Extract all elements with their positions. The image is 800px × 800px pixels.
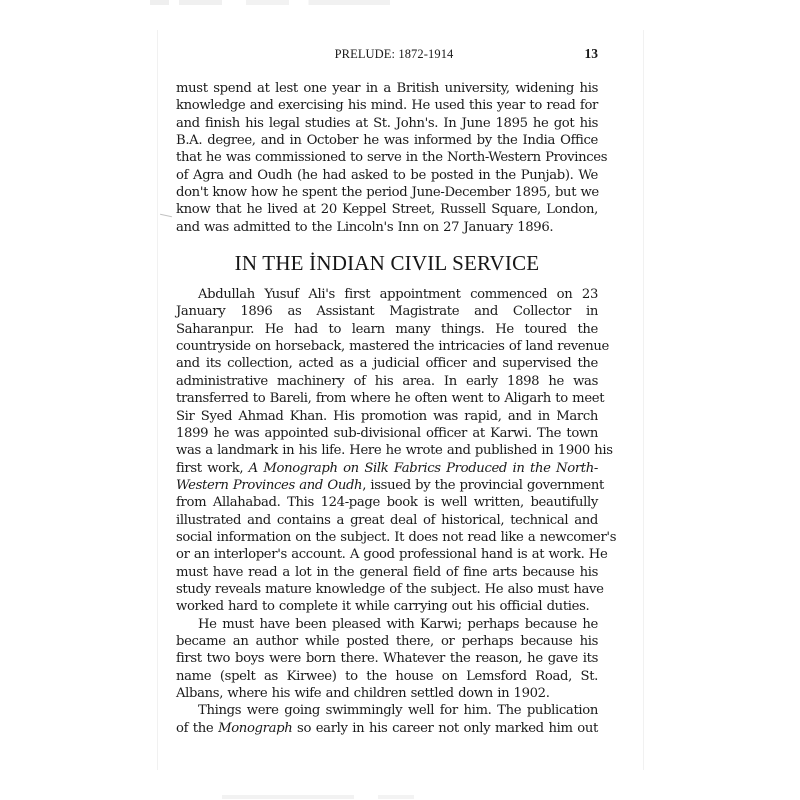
- text-line: first work, A Monograph on Silk Fabrics …: [176, 460, 598, 477]
- page-edge-left: [157, 30, 158, 770]
- text-run: first work,: [176, 461, 249, 476]
- text-run: Things were going swimmingly well for hi…: [198, 703, 598, 718]
- text-run: illustrated and contains a great deal of…: [176, 513, 598, 528]
- text-run: name (spelt as Kirwee) to the house on L…: [176, 669, 598, 684]
- paragraph: He must have been pleased with Karwi; pe…: [176, 616, 598, 703]
- text-run: don't know how he spent the period June-…: [176, 185, 599, 200]
- text-run: of Agra and Oudh (he had asked to be pos…: [176, 168, 598, 183]
- text-line: from Allahabad. This 124-page book is we…: [176, 494, 598, 511]
- text-line: know that he lived at 20 Keppel Street, …: [176, 201, 598, 218]
- text-line: name (spelt as Kirwee) to the house on L…: [176, 668, 598, 685]
- text-run: know that he lived at 20 Keppel Street, …: [176, 202, 598, 217]
- text-line: social information on the subject. It do…: [176, 529, 598, 546]
- text-line: Things were going swimmingly well for hi…: [176, 702, 598, 719]
- text-line: must spend at lest one year in a British…: [176, 80, 598, 97]
- text-line: was a landmark in his life. Here he wrot…: [176, 442, 598, 459]
- text-run: from Allahabad. This 124-page book is we…: [176, 495, 598, 510]
- text-run: countryside on horseback, mastered the i…: [176, 339, 609, 354]
- text-run: administrative machinery of his area. In…: [176, 374, 598, 389]
- text-line: worked hard to complete it while carryin…: [176, 598, 598, 615]
- text-run: that he was commissioned to serve in the…: [176, 150, 607, 165]
- text-line: and its collection, acted as a judicial …: [176, 355, 598, 372]
- text-run: and finish his legal studies at St. John…: [176, 116, 598, 131]
- text-run: Albans, where his wife and children sett…: [176, 686, 550, 701]
- scan-artifact-bottom: [222, 795, 462, 799]
- italic-title-text: A Monograph on Silk Fabrics Produced in …: [249, 461, 598, 476]
- text-line: B.A. degree, and in October he was infor…: [176, 132, 598, 149]
- text-line: and was admitted to the Lincoln's Inn on…: [176, 219, 598, 236]
- text-run: knowledge and exercising his mind. He us…: [176, 98, 598, 113]
- text-line: that he was commissioned to serve in the…: [176, 149, 598, 166]
- page-number: 13: [585, 46, 599, 62]
- text-run: must spend at lest one year in a British…: [176, 81, 598, 96]
- text-line: Sir Syed Ahmad Khan. His promotion was r…: [176, 408, 598, 425]
- page-body: must spend at lest one year in a British…: [176, 80, 598, 737]
- text-line: He must have been pleased with Karwi; pe…: [176, 616, 598, 633]
- text-run: first two boys were born there. Whatever…: [176, 651, 598, 666]
- text-run: B.A. degree, and in October he was infor…: [176, 133, 598, 148]
- paragraphs-before-heading: must spend at lest one year in a British…: [176, 80, 598, 236]
- text-line: or an interloper's account. A good profe…: [176, 546, 598, 563]
- text-run: study reveals mature knowledge of the su…: [176, 582, 604, 597]
- text-line: illustrated and contains a great deal of…: [176, 512, 598, 529]
- text-line: knowledge and exercising his mind. He us…: [176, 97, 598, 114]
- text-line: 1899 he was appointed sub-divisional off…: [176, 425, 598, 442]
- text-line: became an author while posted there, or …: [176, 633, 598, 650]
- text-run: and its collection, acted as a judicial …: [176, 356, 598, 371]
- page-edge-right: [643, 30, 644, 770]
- text-line: Albans, where his wife and children sett…: [176, 685, 598, 702]
- paragraph: Abdullah Yusuf Ali's first appointment c…: [176, 286, 598, 616]
- running-head: PRELUDE: 1872-1914 13: [176, 44, 598, 64]
- text-line: administrative machinery of his area. In…: [176, 373, 598, 390]
- text-line: don't know how he spent the period June-…: [176, 184, 598, 201]
- text-run: was a landmark in his life. Here he wrot…: [176, 443, 613, 458]
- text-run: social information on the subject. It do…: [176, 530, 616, 545]
- text-run: must have read a lot in the general fiel…: [176, 565, 598, 580]
- text-run: of the: [176, 721, 218, 736]
- text-run: , issued by the provincial government: [362, 478, 604, 493]
- text-run: worked hard to complete it while carryin…: [176, 599, 589, 614]
- section-heading: IN THE İNDIAN CIVIL SERVICE: [176, 252, 598, 274]
- paragraph: must spend at lest one year in a British…: [176, 80, 598, 236]
- text-line: of Agra and Oudh (he had asked to be pos…: [176, 167, 598, 184]
- margin-pencil-mark: [160, 214, 172, 217]
- text-run: He must have been pleased with Karwi; pe…: [198, 617, 598, 632]
- text-run: or an interloper's account. A good profe…: [176, 547, 607, 562]
- text-line: must have read a lot in the general fiel…: [176, 564, 598, 581]
- text-run: transferred to Bareli, from where he oft…: [176, 391, 604, 406]
- italic-title-text: Monograph: [218, 721, 292, 736]
- text-run: so early in his career not only marked h…: [292, 721, 598, 736]
- text-run: became an author while posted there, or …: [176, 634, 598, 649]
- text-line: Western Provinces and Oudh, issued by th…: [176, 477, 598, 494]
- text-run: January 1896 as Assistant Magistrate and…: [176, 304, 598, 319]
- text-run: 1899 he was appointed sub-divisional off…: [176, 426, 598, 441]
- scan-artifact-top: [150, 0, 390, 5]
- text-line: and finish his legal studies at St. John…: [176, 115, 598, 132]
- text-line: transferred to Bareli, from where he oft…: [176, 390, 598, 407]
- text-run: Sir Syed Ahmad Khan. His promotion was r…: [176, 409, 598, 424]
- text-line: Saharanpur. He had to learn many things.…: [176, 321, 598, 338]
- running-title: PRELUDE: 1872-1914: [176, 47, 598, 62]
- text-line: first two boys were born there. Whatever…: [176, 650, 598, 667]
- paragraphs-after-heading: Abdullah Yusuf Ali's first appointment c…: [176, 286, 598, 737]
- text-run: Abdullah Yusuf Ali's first appointment c…: [198, 287, 598, 302]
- text-run: Saharanpur. He had to learn many things.…: [176, 322, 598, 337]
- text-line: countryside on horseback, mastered the i…: [176, 338, 598, 355]
- text-line: of the Monograph so early in his career …: [176, 720, 598, 737]
- text-line: Abdullah Yusuf Ali's first appointment c…: [176, 286, 598, 303]
- text-line: study reveals mature knowledge of the su…: [176, 581, 598, 598]
- paragraph: Things were going swimmingly well for hi…: [176, 702, 598, 737]
- text-run: and was admitted to the Lincoln's Inn on…: [176, 220, 553, 235]
- text-line: January 1896 as Assistant Magistrate and…: [176, 303, 598, 320]
- italic-title-text: Western Provinces and Oudh: [176, 478, 362, 493]
